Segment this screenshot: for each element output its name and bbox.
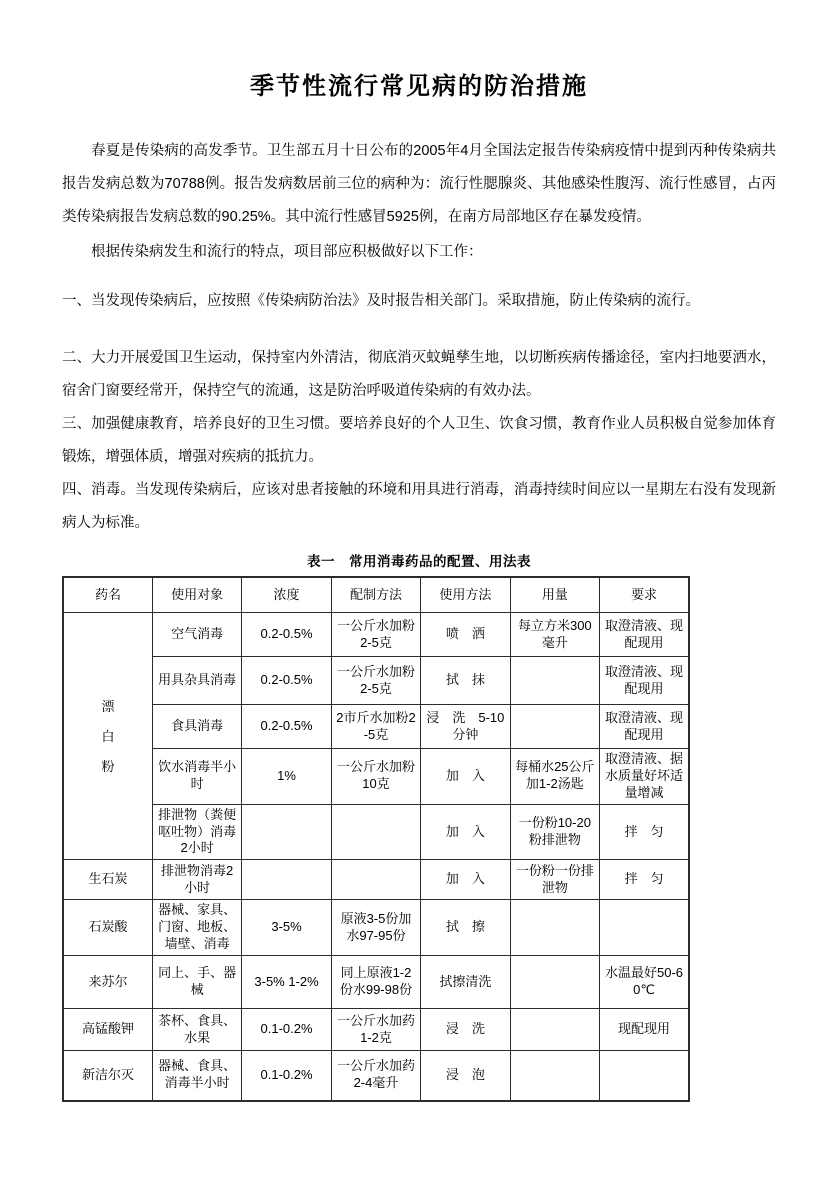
table-cell — [600, 1051, 689, 1101]
table-cell: 一份粉10-20粉排泄物 — [510, 804, 599, 860]
table-cell — [510, 900, 599, 956]
drug-name-cell: 漂白粉 — [63, 613, 152, 860]
table-cell: 每立方米300毫升 — [510, 613, 599, 657]
table-row: 新洁尔灭器械、食具、消毒半小时0.1-0.2%一公斤水加药2-4毫升浸 泡 — [63, 1051, 689, 1101]
table-cell — [510, 705, 599, 749]
table-cell: 3-5% — [242, 900, 331, 956]
table-cell: 新洁尔灭 — [63, 1051, 152, 1101]
table-header-row: 药名使用对象浓度配制方法使用方法用量要求 — [63, 577, 689, 613]
table-cell: 一公斤水加粉2-5克 — [331, 657, 420, 705]
table-cell: 食具消毒 — [152, 705, 241, 749]
table-row: 饮水消毒半小时1%一公斤水加粉10克加 入每桶水25公斤加1-2汤匙取澄清液、据… — [63, 749, 689, 805]
table-cell: 器械、食具、消毒半小时 — [152, 1051, 241, 1101]
table-cell: 2市斤水加粉2-5克 — [331, 705, 420, 749]
table-cell: 现配现用 — [600, 1009, 689, 1051]
table-cell — [331, 804, 420, 860]
table-cell — [510, 956, 599, 1009]
table-cell: 0.1-0.2% — [242, 1009, 331, 1051]
table-body: 漂白粉空气消毒0.2-0.5%一公斤水加粉2-5克喷 洒每立方米300毫升取澄清… — [63, 613, 689, 1101]
column-header: 使用方法 — [421, 577, 510, 613]
table-cell: 高锰酸钾 — [63, 1009, 152, 1051]
table-cell: 水温最好50-60℃ — [600, 956, 689, 1009]
table-cell: 取澄清液、现配现用 — [600, 657, 689, 705]
table-cell: 0.2-0.5% — [242, 705, 331, 749]
table-cell — [510, 657, 599, 705]
table-cell: 茶杯、食具、水果 — [152, 1009, 241, 1051]
table-cell: 喷 洒 — [421, 613, 510, 657]
column-header: 使用对象 — [152, 577, 241, 613]
table-cell: 加 入 — [421, 804, 510, 860]
table-cell — [510, 1009, 599, 1051]
table-cell: 加 入 — [421, 749, 510, 805]
table-cell — [510, 1051, 599, 1101]
table-cell: 饮水消毒半小时 — [152, 749, 241, 805]
table-cell — [242, 860, 331, 900]
table-cell: 一公斤水加药2-4毫升 — [331, 1051, 420, 1101]
table-cell: 0.2-0.5% — [242, 657, 331, 705]
table-cell: 来苏尔 — [63, 956, 152, 1009]
table-row: 石炭酸器械、家具、门窗、地板、墙壁、消毒3-5%原液3-5份加水97-95份拭 … — [63, 900, 689, 956]
table-cell: 空气消毒 — [152, 613, 241, 657]
table-cell: 1% — [242, 749, 331, 805]
paragraph: 春夏是传染病的高发季节。卫生部五月十日公布的2005年4月全国法定报告传染病疫情… — [62, 135, 776, 234]
table-cell: 用具杂具消毒 — [152, 657, 241, 705]
table-cell: 一公斤水加粉10克 — [331, 749, 420, 805]
table-cell: 取澄清液、现配现用 — [600, 613, 689, 657]
table-row: 生石炭排泄物消毒2小时加 入一份粉一份排泄物拌 匀 — [63, 860, 689, 900]
table-cell: 一份粉一份排泄物 — [510, 860, 599, 900]
table-cell: 拭擦清洗 — [421, 956, 510, 1009]
table-cell: 生石炭 — [63, 860, 152, 900]
document-title: 季节性流行常见病的防治措施 — [62, 0, 776, 101]
table-cell: 每桶水25公斤加1-2汤匙 — [510, 749, 599, 805]
table-cell — [242, 804, 331, 860]
column-header: 要求 — [600, 577, 689, 613]
table-cell: 石炭酸 — [63, 900, 152, 956]
disinfectant-usage-table: 药名使用对象浓度配制方法使用方法用量要求 漂白粉空气消毒0.2-0.5%一公斤水… — [62, 576, 690, 1102]
table-cell: 取澄清液、现配现用 — [600, 705, 689, 749]
paragraph: 三、加强健康教育，培养良好的卫生习惯。要培养良好的个人卫生、饮食习惯，教育作业人… — [62, 408, 776, 474]
table-cell: 拭 抹 — [421, 657, 510, 705]
table-cell — [600, 900, 689, 956]
table-cell: 同上、手、器械 — [152, 956, 241, 1009]
table-row: 排泄物（粪便呕吐物）消毒2小时加 入一份粉10-20粉排泄物拌 匀 — [63, 804, 689, 860]
column-header: 配制方法 — [331, 577, 420, 613]
paragraph: 二、大力开展爱国卫生运动，保持室内外清洁，彻底消灭蚊蝇孳生地，以切断疾病传播途径… — [62, 342, 776, 408]
table-row: 食具消毒0.2-0.5%2市斤水加粉2-5克浸 洗 5-10分钟取澄清液、现配现… — [63, 705, 689, 749]
table-cell: 3-5% 1-2% — [242, 956, 331, 1009]
table-cell: 一公斤水加粉2-5克 — [331, 613, 420, 657]
table-cell: 加 入 — [421, 860, 510, 900]
table-cell: 浸 洗 5-10分钟 — [421, 705, 510, 749]
table-caption: 表一 常用消毒药品的配置、用法表 — [62, 550, 776, 570]
table-cell: 原液3-5份加水97-95份 — [331, 900, 420, 956]
table-cell: 浸 洗 — [421, 1009, 510, 1051]
table-cell: 同上原液1-2份水99-98份 — [331, 956, 420, 1009]
table-cell: 0.1-0.2% — [242, 1051, 331, 1101]
column-header: 用量 — [510, 577, 599, 613]
table-cell: 拭 擦 — [421, 900, 510, 956]
table-cell: 浸 泡 — [421, 1051, 510, 1101]
table-cell: 一公斤水加药1-2克 — [331, 1009, 420, 1051]
table-cell: 器械、家具、门窗、地板、墙壁、消毒 — [152, 900, 241, 956]
document-page: 季节性流行常见病的防治措施 春夏是传染病的高发季节。卫生部五月十日公布的2005… — [0, 0, 838, 1102]
paragraph: 根据传染病发生和流行的特点，项目部应积极做好以下工作： — [62, 236, 776, 269]
table-cell: 排泄物消毒2小时 — [152, 860, 241, 900]
table-cell: 拌 匀 — [600, 804, 689, 860]
paragraphs: 春夏是传染病的高发季节。卫生部五月十日公布的2005年4月全国法定报告传染病疫情… — [62, 135, 776, 540]
table-row: 来苏尔同上、手、器械3-5% 1-2%同上原液1-2份水99-98份拭擦清洗水温… — [63, 956, 689, 1009]
table-cell — [331, 860, 420, 900]
table-row: 高锰酸钾茶杯、食具、水果0.1-0.2%一公斤水加药1-2克浸 洗现配现用 — [63, 1009, 689, 1051]
paragraph: 一、当发现传染病后，应按照《传染病防治法》及时报告相关部门。采取措施，防止传染病… — [62, 285, 776, 318]
column-header: 浓度 — [242, 577, 331, 613]
table-row: 漂白粉空气消毒0.2-0.5%一公斤水加粉2-5克喷 洒每立方米300毫升取澄清… — [63, 613, 689, 657]
paragraph: 四、消毒。当发现传染病后，应该对患者接触的环境和用具进行消毒，消毒持续时间应以一… — [62, 474, 776, 540]
table-cell: 取澄清液、据水质量好坏适量增减 — [600, 749, 689, 805]
table-cell: 排泄物（粪便呕吐物）消毒2小时 — [152, 804, 241, 860]
column-header: 药名 — [63, 577, 152, 613]
table-row: 用具杂具消毒0.2-0.5%一公斤水加粉2-5克拭 抹取澄清液、现配现用 — [63, 657, 689, 705]
table-cell: 拌 匀 — [600, 860, 689, 900]
table-cell: 0.2-0.5% — [242, 613, 331, 657]
